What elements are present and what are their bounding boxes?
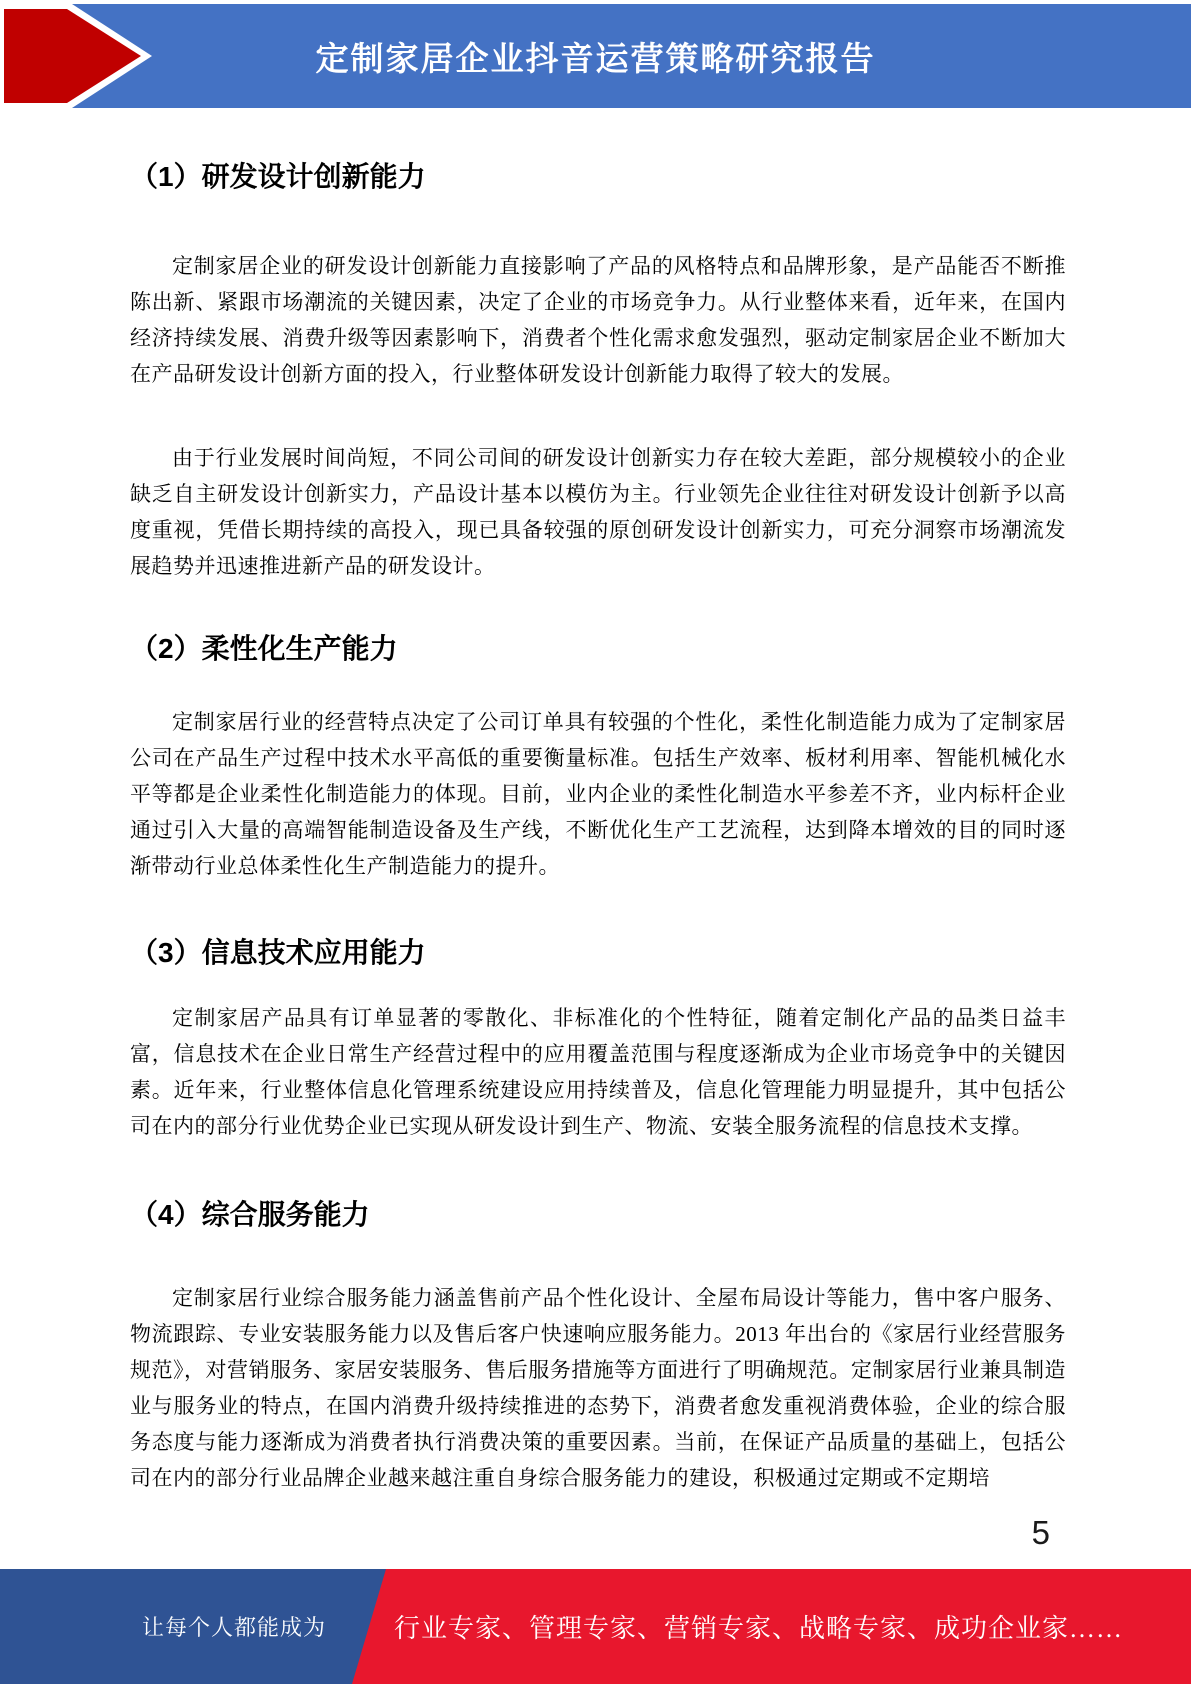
page-number: 5 xyxy=(980,1514,1050,1552)
footer-banner: 让每个人都能成为 行业专家、管理专家、营销专家、战略专家、成功企业家…… xyxy=(0,1569,1191,1684)
section-heading-4: （4）综合服务能力 xyxy=(130,1198,1066,1232)
section-heading-2: （2）柔性化生产能力 xyxy=(130,632,1066,666)
red-chevron-arrow-icon xyxy=(0,4,158,108)
footer-slogan-right: 行业专家、管理专家、营销专家、战略专家、成功企业家…… xyxy=(394,1569,1123,1684)
section-4-paragraph-1: 定制家居行业综合服务能力涵盖售前产品个性化设计、全屋布局设计等能力，售中客户服务… xyxy=(130,1280,1066,1496)
section-1-paragraph-1: 定制家居企业的研发设计创新能力直接影响了产品的风格特点和品牌形象，是产品能否不断… xyxy=(130,248,1066,392)
section-1-paragraph-2: 由于行业发展时间尚短，不同公司间的研发设计创新实力存在较大差距，部分规模较小的企… xyxy=(130,440,1066,584)
report-page: 定制家居企业抖音运营策略研究报告 （1）研发设计创新能力 定制家居企业的研发设计… xyxy=(0,0,1191,1684)
section-3-paragraph-1: 定制家居产品具有订单显著的零散化、非标准化的个性特征，随着定制化产品的品类日益丰… xyxy=(130,1000,1066,1144)
section-heading-1: （1）研发设计创新能力 xyxy=(130,160,1066,194)
footer-slogan-left: 让每个人都能成为 xyxy=(142,1569,326,1684)
report-title: 定制家居企业抖音运营策略研究报告 xyxy=(316,33,876,80)
section-heading-3: （3）信息技术应用能力 xyxy=(130,936,1066,970)
section-2-paragraph-1: 定制家居行业的经营特点决定了公司订单具有较强的个性化，柔性化制造能力成为了定制家… xyxy=(130,704,1066,884)
header-banner: 定制家居企业抖音运营策略研究报告 xyxy=(0,4,1191,108)
